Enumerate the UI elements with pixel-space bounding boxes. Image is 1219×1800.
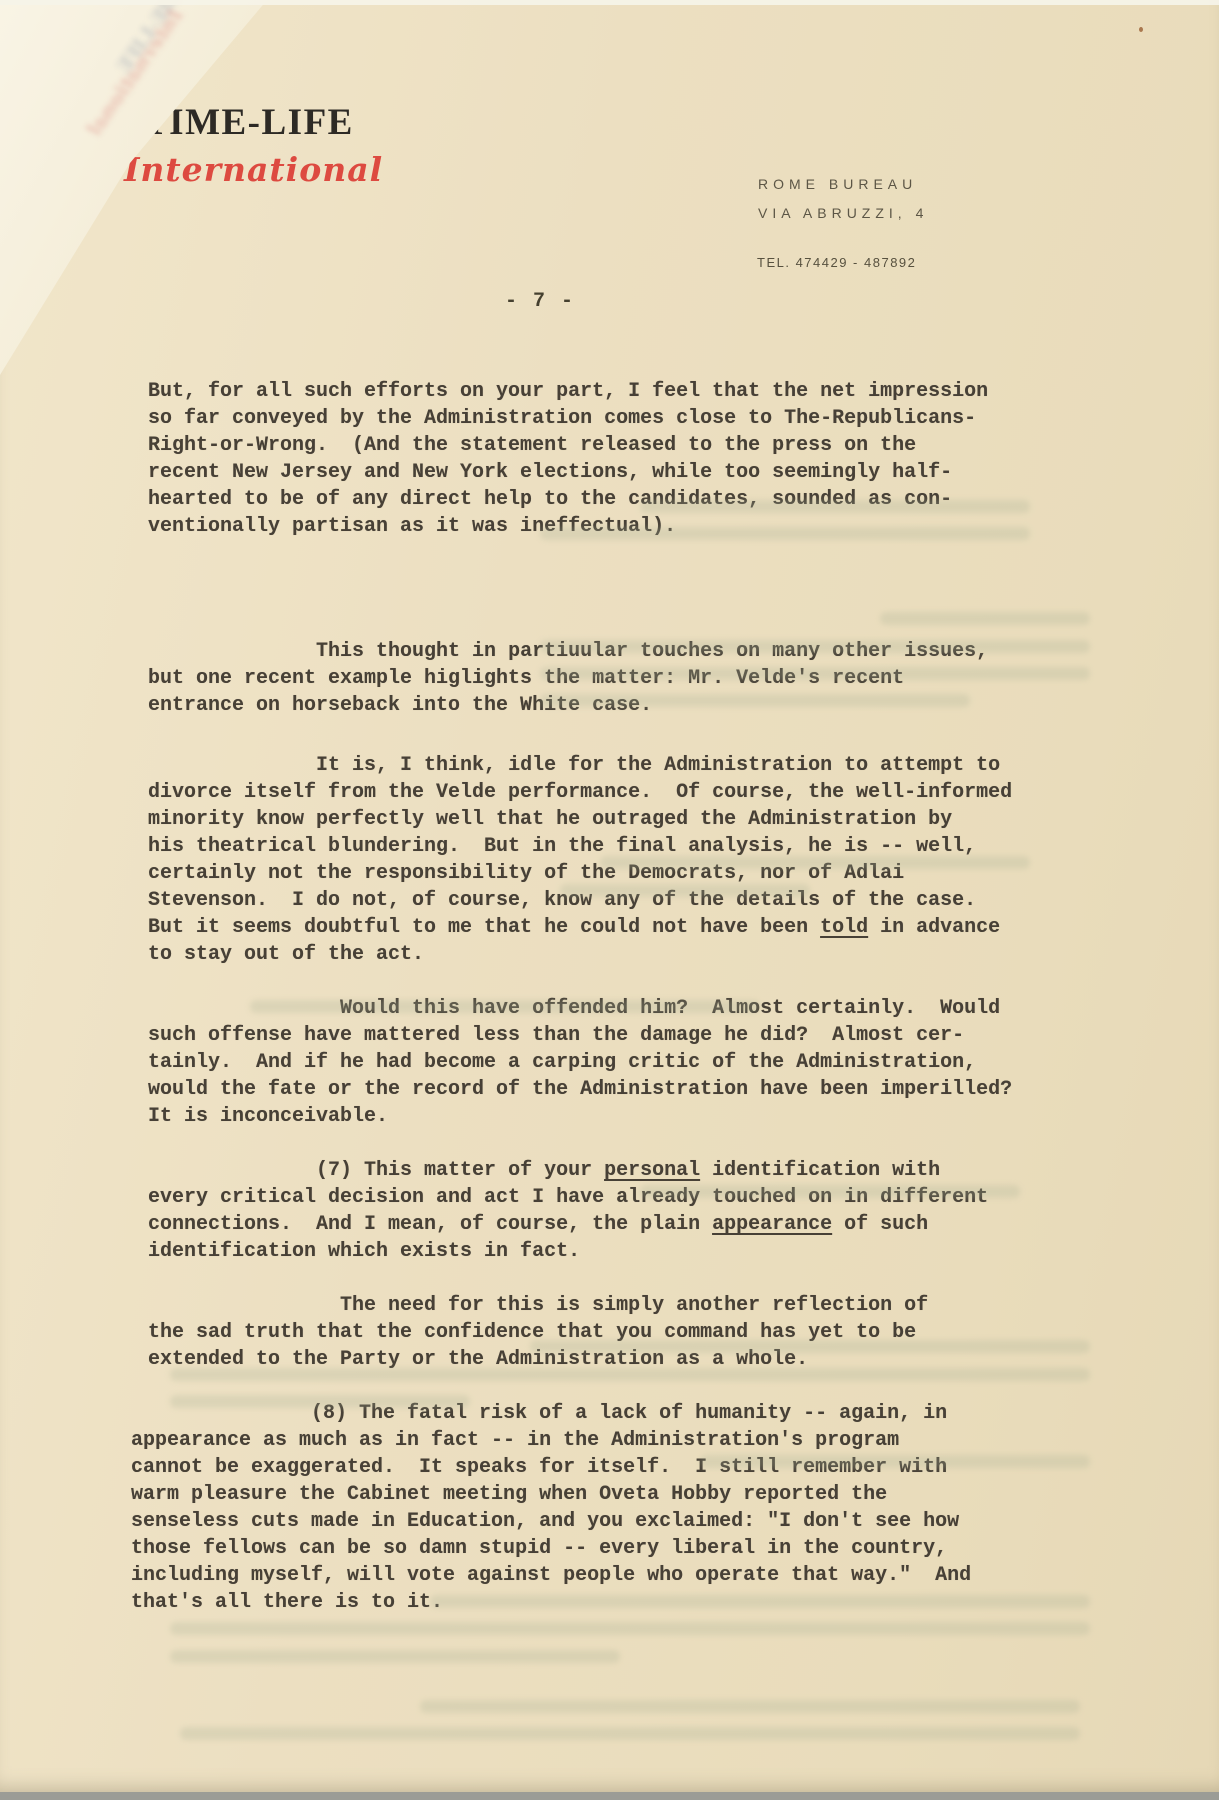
paragraph: The need for this is simply another refl… (148, 1292, 1048, 1373)
bureau-phone: TEL. 474429 - 487892 (757, 255, 916, 270)
bleedthrough-ghost (170, 1395, 470, 1408)
paragraph: (7) This matter of your personal identif… (148, 1157, 1048, 1265)
paper-speck (1139, 27, 1143, 32)
paragraph: (8) The fatal risk of a lack of humanity… (131, 1400, 1031, 1616)
bleedthrough-ghost (880, 612, 1090, 625)
ghost-letterhead-brand: TIME-LIFE (110, 0, 199, 79)
bleedthrough-ghost (250, 1000, 760, 1013)
bleedthrough-ghost (180, 1727, 1080, 1740)
bleedthrough-ghost (700, 1455, 1090, 1468)
bleedthrough-ghost (170, 1622, 1090, 1635)
bleedthrough-ghost (420, 1700, 1080, 1713)
paragraph: Would this have offended him? Almost cer… (148, 995, 1048, 1130)
bleedthrough-ghost (560, 884, 810, 897)
international-script-logo: International (124, 150, 383, 189)
page-number: - 7 - (460, 290, 620, 313)
bureau-address: ROME BUREAU VIA ABRUZZI, 4 (758, 170, 928, 228)
bleedthrough-ghost (530, 1340, 1090, 1353)
bleedthrough-ghost (170, 1368, 1090, 1381)
bleedthrough-ghost (540, 694, 970, 707)
bleedthrough-ghost (640, 500, 1030, 513)
bleedthrough-ghost (600, 856, 1030, 869)
bleedthrough-ghost (540, 527, 1030, 540)
bleedthrough-ghost (640, 1185, 1020, 1198)
bleedthrough-ghost (540, 667, 1090, 680)
bleedthrough-ghost (170, 1650, 620, 1663)
bureau-name: ROME BUREAU (758, 170, 928, 199)
paragraph: But, for all such efforts on your part, … (148, 378, 1048, 540)
folded-page-corner: TIME-LIFE International (0, 0, 280, 385)
bleedthrough-ghost (540, 640, 1090, 653)
bureau-street: VIA ABRUZZI, 4 (758, 199, 928, 228)
bleedthrough-ghost (430, 1595, 1090, 1608)
letter-page: TIME-LIFE International ROME BUREAU VIA … (0, 0, 1219, 1792)
page-top-edge (0, 0, 1219, 5)
